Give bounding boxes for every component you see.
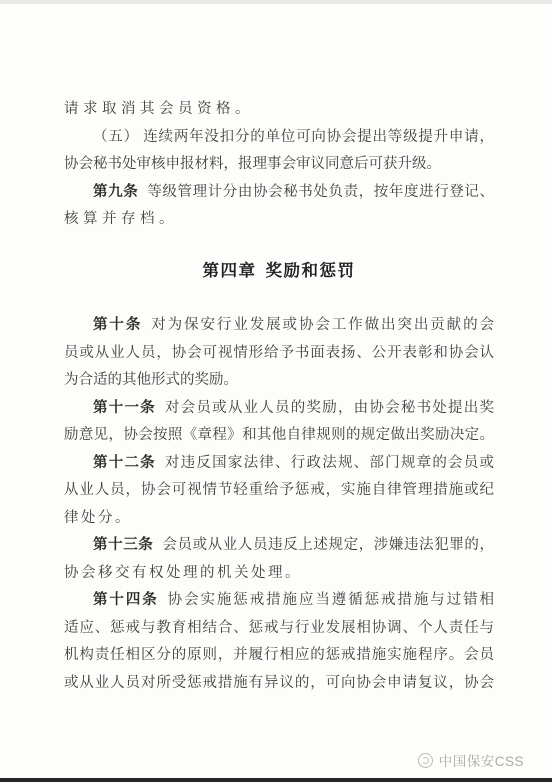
line-text: 适应、惩戒与教育相结合、惩戒与行业发展相协调、个人责任与 [64, 620, 494, 636]
line-text: 员或从业人员，协会可视情形给予书面表扬、公开表彰和协会认 [64, 345, 494, 361]
line-text: 或从业人员对所受惩戒措施有异议的，可向协会申请复议，协会 [64, 675, 494, 691]
top-edge-strip [0, 0, 552, 4]
watermark: 中国保安CSS [418, 750, 524, 770]
text-line: （五） 连续两年没扣分的单位可向协会提出等级提升申请， [64, 124, 494, 152]
article-number: 第十三条 [93, 537, 153, 553]
chapter-number: 第四章 [203, 262, 257, 280]
document-page: 请求取消其会员资格。 （五） 连续两年没扣分的单位可向协会提出等级提升申请， 协… [0, 0, 552, 783]
line-text: 请求取消其会员资格。 [64, 101, 254, 117]
line-text: 对为保安行业发展或协会工作做出突出贡献的会 [151, 317, 494, 333]
line-text: 为合适的其他形式的奖励。 [64, 372, 238, 388]
line-text: 机构责任相区分的原则，并履行相应的惩戒措施实施程序。会员 [64, 647, 494, 663]
line-text: 律处分。 [64, 510, 132, 526]
line-text: 协会移交有权处理的机关处理。 [64, 565, 302, 581]
text-line: 从业人员，协会可视情节轻重给予惩戒，实施自律管理措施或纪 [64, 477, 494, 505]
article-number: 第十一条 [93, 400, 156, 416]
line-text: 会员或从业人员违反上述规定，涉嫌违法犯罪的， [162, 537, 494, 553]
watermark-label: 中国保安CSS [439, 750, 524, 770]
line-text: 励意见，协会按照《章程》和其他自律规则的规定做出奖励决定。 [64, 427, 494, 443]
text-line: 第十一条对会员或从业人员的奖励，由协会秘书处提出奖 [64, 395, 494, 423]
article-number: 第九条 [93, 184, 138, 200]
text-line: 第十三条会员或从业人员违反上述规定，涉嫌违法犯罪的， [64, 532, 494, 560]
line-text: 对违反国家法律、行政法规、部门规章的会员或 [165, 455, 494, 471]
line-text: 协会实施惩戒措施应当遵循惩戒措施与过错相 [168, 592, 494, 608]
security-logo-icon [418, 753, 433, 768]
text-line: 为合适的其他形式的奖励。 [64, 367, 494, 395]
text-line: 请求取消其会员资格。 [64, 96, 494, 124]
text-line: 第十二条对违反国家法律、行政法规、部门规章的会员或 [64, 450, 494, 478]
line-text: 协会秘书处审核申报材料，报理事会审议同意后可获升级。 [64, 156, 441, 172]
text-line: 励意见，协会按照《章程》和其他自律规则的规定做出奖励决定。 [64, 422, 494, 450]
chapter-heading: 第四章奖励和惩罚 [64, 258, 494, 286]
article-number: 第十条 [93, 317, 142, 333]
text-line: 或从业人员对所受惩戒措施有异议的，可向协会申请复议，协会 [64, 670, 494, 698]
text-line: 适应、惩戒与教育相结合、惩戒与行业发展相协调、个人责任与 [64, 615, 494, 643]
line-text: 核算并存档。 [64, 211, 178, 227]
text-line: 员或从业人员，协会可视情形给予书面表扬、公开表彰和协会认 [64, 340, 494, 368]
text-line: 协会移交有权处理的机关处理。 [64, 560, 494, 588]
text-line: 协会秘书处审核申报材料，报理事会审议同意后可获升级。 [64, 151, 494, 179]
document-body: 请求取消其会员资格。 （五） 连续两年没扣分的单位可向协会提出等级提升申请， 协… [64, 96, 494, 697]
line-text: 对会员或从业人员的奖励，由协会秘书处提出奖 [165, 400, 494, 416]
line-text: （五） 连续两年没扣分的单位可向协会提出等级提升申请， [93, 129, 494, 145]
text-line: 第十四条协会实施惩戒措施应当遵循惩戒措施与过错相 [64, 587, 494, 615]
bottom-edge-bar [0, 778, 552, 782]
text-line: 核算并存档。 [64, 206, 494, 234]
line-text: 从业人员，协会可视情节轻重给予惩戒，实施自律管理措施或纪 [64, 482, 494, 498]
text-line: 第十条对为保安行业发展或协会工作做出突出贡献的会 [64, 312, 494, 340]
article-number: 第十二条 [93, 455, 156, 471]
text-line: 律处分。 [64, 505, 494, 533]
text-line: 第九条等级管理计分由协会秘书处负责，按年度进行登记、 [64, 179, 494, 207]
line-text: 等级管理计分由协会秘书处负责，按年度进行登记、 [147, 184, 494, 200]
article-number: 第十四条 [93, 592, 159, 608]
text-line: 机构责任相区分的原则，并履行相应的惩戒措施实施程序。会员 [64, 642, 494, 670]
chapter-title: 奖励和惩罚 [266, 262, 356, 280]
